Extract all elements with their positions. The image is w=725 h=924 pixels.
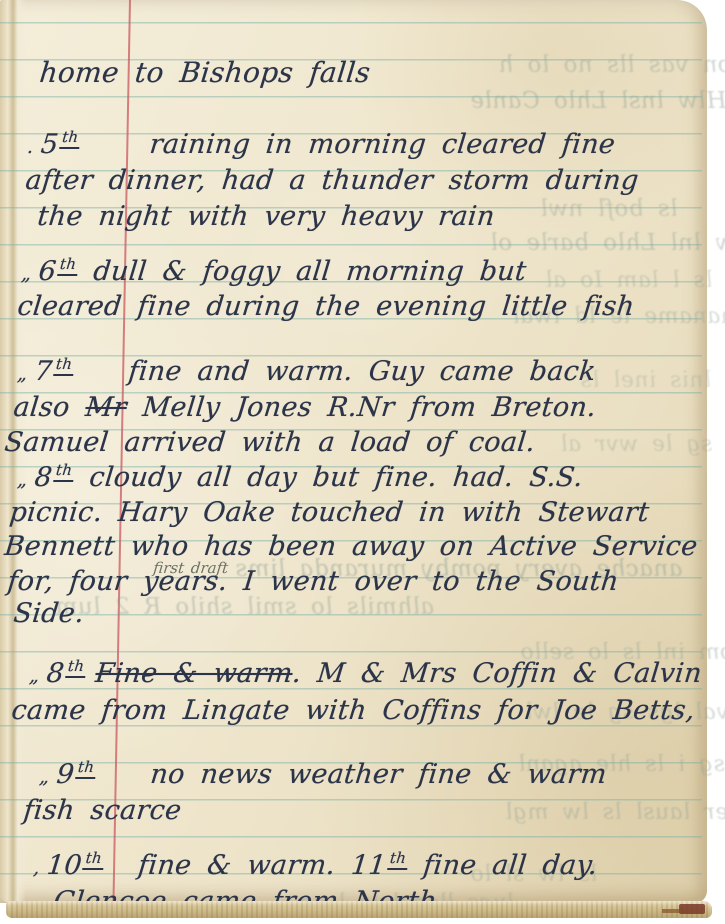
entry-6th-line-1-seg: dull & foggy all morning but bbox=[92, 256, 528, 287]
page-stack-edge bbox=[6, 901, 712, 918]
entry-5th-line-1-seg: th bbox=[59, 128, 82, 149]
entry-10th-line-1-seg: th bbox=[82, 849, 105, 870]
bleedthrough-illegible-line: Ham l Shnanis Hlw lnsl Lhlo Canle bbox=[469, 88, 725, 114]
bleedthrough-illegible-line: lw lnl Lhlo barle ol bbox=[489, 230, 725, 256]
entry-8th-line-2: picnic. Hary Oake touched in with Stewar… bbox=[8, 497, 651, 528]
bleedthrough-illegible-line: ls bofl nwl bbox=[539, 196, 679, 222]
entry-8th-line-2-seg: picnic. Hary Oake touched in with Stewar… bbox=[8, 497, 651, 528]
entry-7th-line-2-seg: Mr bbox=[84, 392, 128, 423]
entry-5th-line-1: .5thraining in morning cleared fine bbox=[26, 128, 617, 160]
entry-8th-b-line-1-seg: . M & Mrs Coffin & Calvin bbox=[291, 658, 704, 689]
entry-5th-line-2: after dinner, had a thunder storm during bbox=[24, 165, 640, 196]
entry-8th-line-1-seg: 8 bbox=[33, 462, 54, 493]
entry-10th-line-1-seg: 11 bbox=[350, 850, 388, 881]
entry-10th-line-1-seg: fine all day. bbox=[406, 850, 599, 881]
entry-10th-line-1-seg: 10 bbox=[45, 850, 83, 881]
bleedthrough-illegible-line: alhmils lo smil shilo R 2 lum bbox=[54, 594, 436, 620]
entry-8th-line-3-seg: Bennett who has been away on Active Serv… bbox=[3, 531, 699, 562]
entry-8th-line-3: Bennett who has been away on Active Serv… bbox=[3, 531, 699, 562]
bleedthrough-illegible-line: her lausl ls lw mgl bbox=[504, 800, 725, 825]
bleedthrough-illegible-line: lnis inel ls bbox=[579, 368, 713, 393]
bleedthrough-illegible-line: nvl ls l lam Io al bbox=[544, 268, 725, 293]
entry-10th-line-1-seg: fine & warm. bbox=[137, 850, 353, 881]
entry-8th-line-1-seg: th bbox=[53, 461, 76, 482]
entry-5th-line-1-seg: raining in morning cleared fine bbox=[148, 129, 617, 160]
entry-8th-line-1-seg: „ bbox=[16, 469, 28, 491]
notebook-page: mune Iopn vas lls no lo hHam l Shnanis H… bbox=[0, 0, 707, 903]
entry-6th-line-1: „6thdull & foggy all morning but bbox=[20, 255, 528, 287]
entry-8th-line-5-seg: Side. bbox=[12, 598, 86, 629]
entry-6th-line-1-seg: 6 bbox=[37, 256, 58, 287]
entry-7th-line-1-seg: fine and warm. Guy came back bbox=[127, 356, 598, 387]
entry-9th-line-1: „9thno news weather fine & warm bbox=[38, 758, 608, 790]
entry-8th-line-4-seg: for, four years. I went over to the Sout… bbox=[6, 566, 620, 597]
entry-5th-line-1-seg: . bbox=[26, 136, 35, 158]
entry-6th-line-1-seg: „ bbox=[20, 263, 32, 285]
entry-6th-line-2-seg: cleared fine during the evening little f… bbox=[16, 291, 636, 322]
location-heading: home to Bishops falls bbox=[38, 56, 372, 89]
entry-8th-b-line-1-seg: „ bbox=[28, 665, 40, 687]
entry-7th-line-1-seg: 7 bbox=[33, 356, 54, 387]
entry-5th-line-3: the night with very heavy rain bbox=[36, 201, 496, 232]
entry-7th-line-3-seg: Samuel arrived with a load of coal. bbox=[3, 427, 537, 458]
entry-10th-line-1-seg: ‚ bbox=[32, 857, 41, 879]
entry-8th-line-4: for, four years. I went over to the Sout… bbox=[6, 566, 620, 597]
entry-7th-line-2-seg: also bbox=[12, 392, 87, 423]
entry-8th-line-1-seg: cloudy all day but fine. had. S.S. bbox=[88, 462, 585, 493]
entry-6th-line-1-seg: th bbox=[57, 255, 80, 276]
entry-8th-b-line-1-seg: th bbox=[65, 657, 88, 678]
entry-8th-line-5: Side. bbox=[12, 598, 86, 629]
entry-8th-b-line-2: came from Lingate with Coffins for Joe B… bbox=[10, 695, 697, 726]
entry-10th-line-1: ‚10thfine & warm. 11th fine all day. bbox=[32, 849, 599, 881]
entry-5th-line-3-seg: the night with very heavy rain bbox=[36, 201, 496, 232]
entry-7th-line-3: Samuel arrived with a load of coal. bbox=[3, 427, 537, 458]
entry-5th-line-1-seg: 5 bbox=[39, 129, 60, 160]
entry-9th-line-1-seg: no news weather fine & warm bbox=[149, 759, 608, 790]
entry-9th-line-2: fish scarce bbox=[22, 795, 183, 826]
entry-9th-line-1-seg: „ bbox=[38, 766, 50, 788]
scanned-notebook-photo: mune Iopn vas lls no lo hHam l Shnanis H… bbox=[0, 0, 725, 924]
entry-8th-b-line-2-seg: came from Lingate with Coffins for Joe B… bbox=[10, 695, 697, 726]
corner-stain bbox=[679, 904, 705, 914]
bleedthrough-illegible-line: sg le wvr al bbox=[559, 432, 714, 457]
entry-9th-line-2-seg: fish scarce bbox=[22, 795, 183, 826]
entry-8th-b-line-1-seg: Fine & warm bbox=[94, 658, 294, 689]
entry-8th-b-line-1-seg: 8 bbox=[45, 658, 66, 689]
entry-7th-line-2-seg: Melly Jones R.Nr from Breton. bbox=[125, 392, 598, 423]
entry-7th-line-1-seg: „ bbox=[16, 363, 28, 385]
entry-7th-line-1: „7thfine and warm. Guy came back bbox=[16, 355, 598, 387]
entry-7th-line-2: also Mr Melly Jones R.Nr from Breton. bbox=[12, 392, 598, 423]
bleedthrough-illegible-line: mune Iopn vas lls no lo h bbox=[497, 52, 725, 78]
entry-8th-b-line-1: „8thFine & warm. M & Mrs Coffin & Calvin bbox=[28, 657, 704, 689]
entry-7th-line-1-seg: th bbox=[53, 355, 76, 376]
entry-10th-line-1-seg: th bbox=[387, 849, 410, 870]
entry-6th-line-2: cleared fine during the evening little f… bbox=[16, 291, 636, 322]
entry-9th-line-1-seg: 9 bbox=[55, 759, 76, 790]
entry-8th-line-1: „8thcloudy all day but fine. had. S.S. bbox=[16, 461, 585, 493]
entry-9th-line-1-seg: th bbox=[75, 758, 98, 779]
entry-5th-line-2-seg: after dinner, had a thunder storm during bbox=[24, 165, 640, 196]
